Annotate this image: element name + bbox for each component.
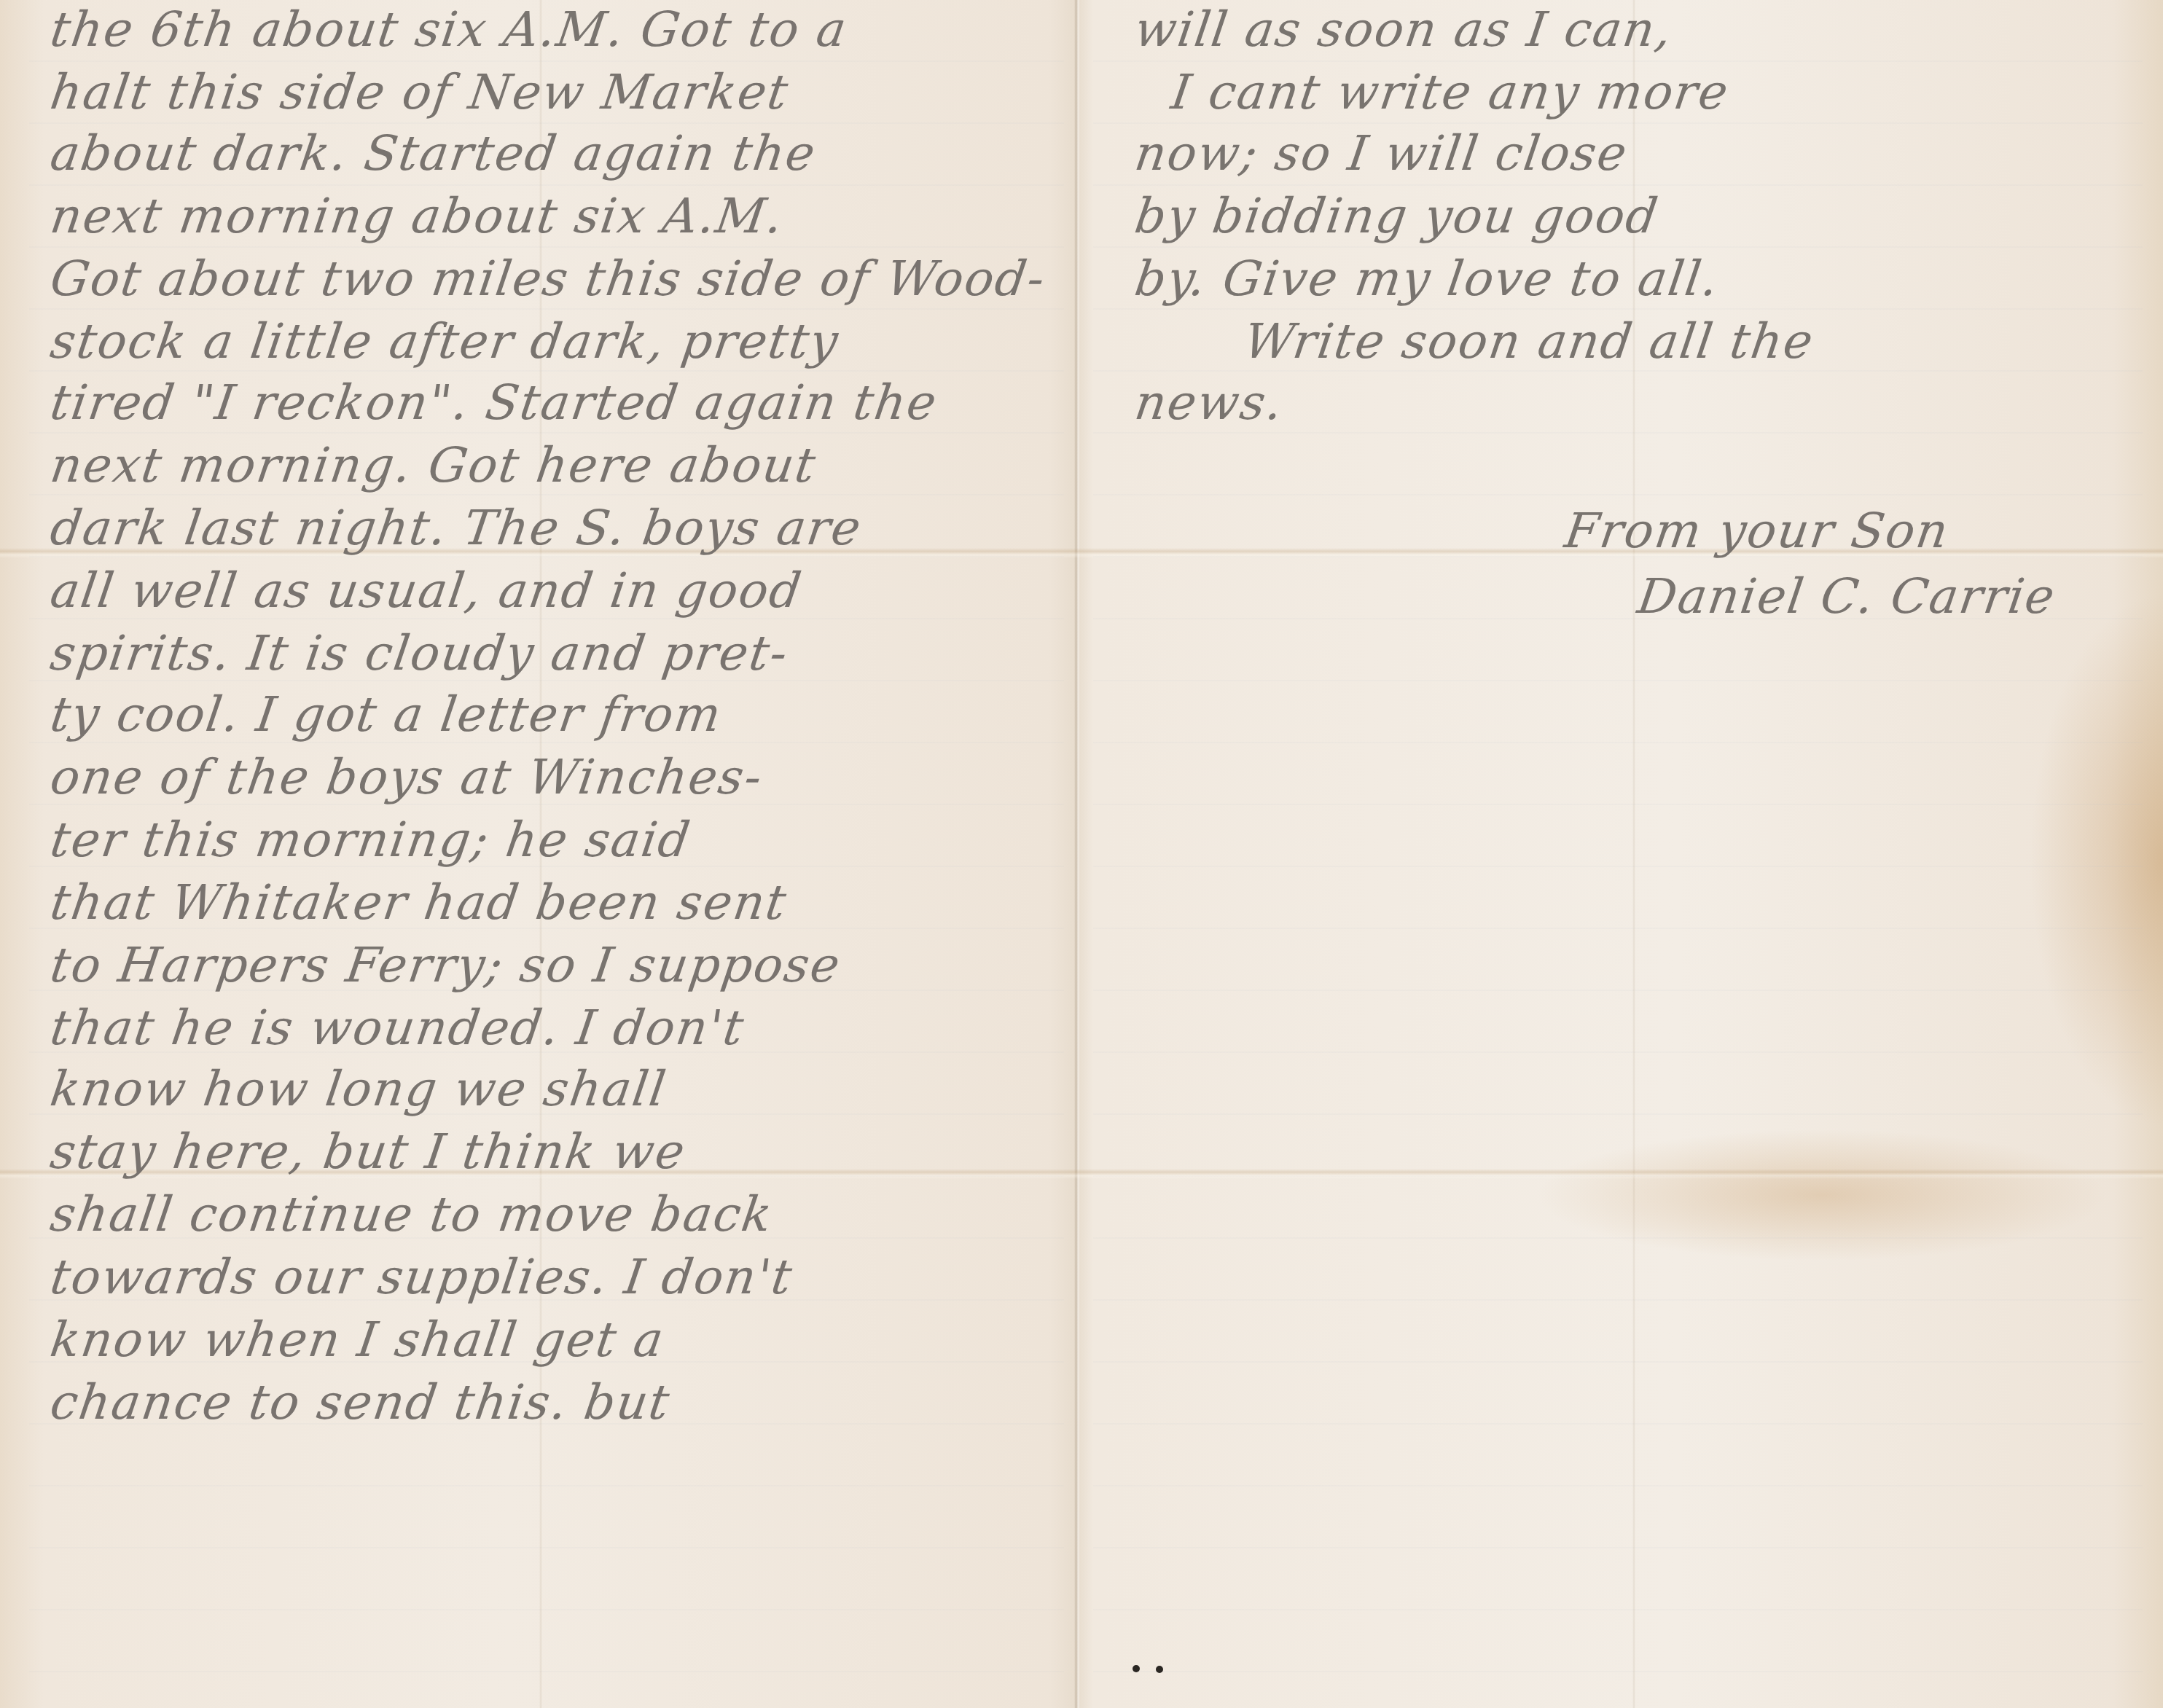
text-line: about dark. Started again the	[47, 125, 820, 181]
letter-scan: the 6th about six A.M. Got to a halt thi…	[0, 0, 2163, 1708]
signature: Daniel C. Carrie	[1635, 568, 2060, 624]
text-line: dark last night. The S. boys are	[47, 500, 866, 556]
text-line: by bidding you good	[1132, 188, 1663, 244]
text-line: that Whitaker had been sent	[47, 874, 791, 931]
text-line: one of the boys at Winches-	[47, 749, 767, 805]
text-line: ter this morning; he said	[47, 812, 695, 868]
text-line: stay here, but I think we	[47, 1124, 689, 1180]
text-line: news.	[1132, 375, 1288, 431]
ink-spot	[1133, 1665, 1140, 1672]
text-line: by. Give my love to all.	[1132, 251, 1724, 307]
right-page: will as soon as I can, I cant write any …	[1077, 0, 2163, 1708]
closing-line: From your Son	[1562, 503, 1953, 559]
text-line: tired "I reckon". Started again the	[47, 375, 942, 431]
text-line: know when I shall get a	[47, 1312, 668, 1368]
text-line: know how long we shall	[47, 1061, 670, 1117]
text-line: halt this side of New Market	[47, 64, 793, 120]
text-line: now; so I will close	[1132, 125, 1632, 181]
text-line: Write soon and all the	[1241, 313, 1818, 369]
text-line: shall continue to move back	[47, 1186, 777, 1242]
text-line: I cant write any more	[1168, 64, 1733, 120]
text-line: chance to send this. but	[47, 1374, 674, 1430]
text-line: ty cool. I got a letter from	[47, 686, 726, 743]
text-line: the 6th about six A.M. Got to a	[47, 1, 851, 58]
text-line: towards our supplies. I don't	[47, 1249, 797, 1305]
text-line: next morning about six A.M.	[47, 188, 788, 244]
text-line: Got about two miles this side of Wood-	[47, 251, 1049, 307]
text-line: will as soon as I can,	[1132, 1, 1677, 58]
ink-spot	[1156, 1666, 1163, 1673]
text-line: next morning. Got here about	[47, 437, 821, 493]
text-line: all well as usual, and in good	[47, 563, 806, 619]
text-line: that he is wounded. I don't	[47, 1000, 748, 1056]
left-page: the 6th about six A.M. Got to a halt thi…	[0, 0, 1077, 1708]
text-line: stock a little after dark, pretty	[47, 313, 843, 369]
text-line: spirits. It is cloudy and pret-	[47, 625, 792, 681]
text-line: to Harpers Ferry; so I suppose	[47, 937, 845, 993]
